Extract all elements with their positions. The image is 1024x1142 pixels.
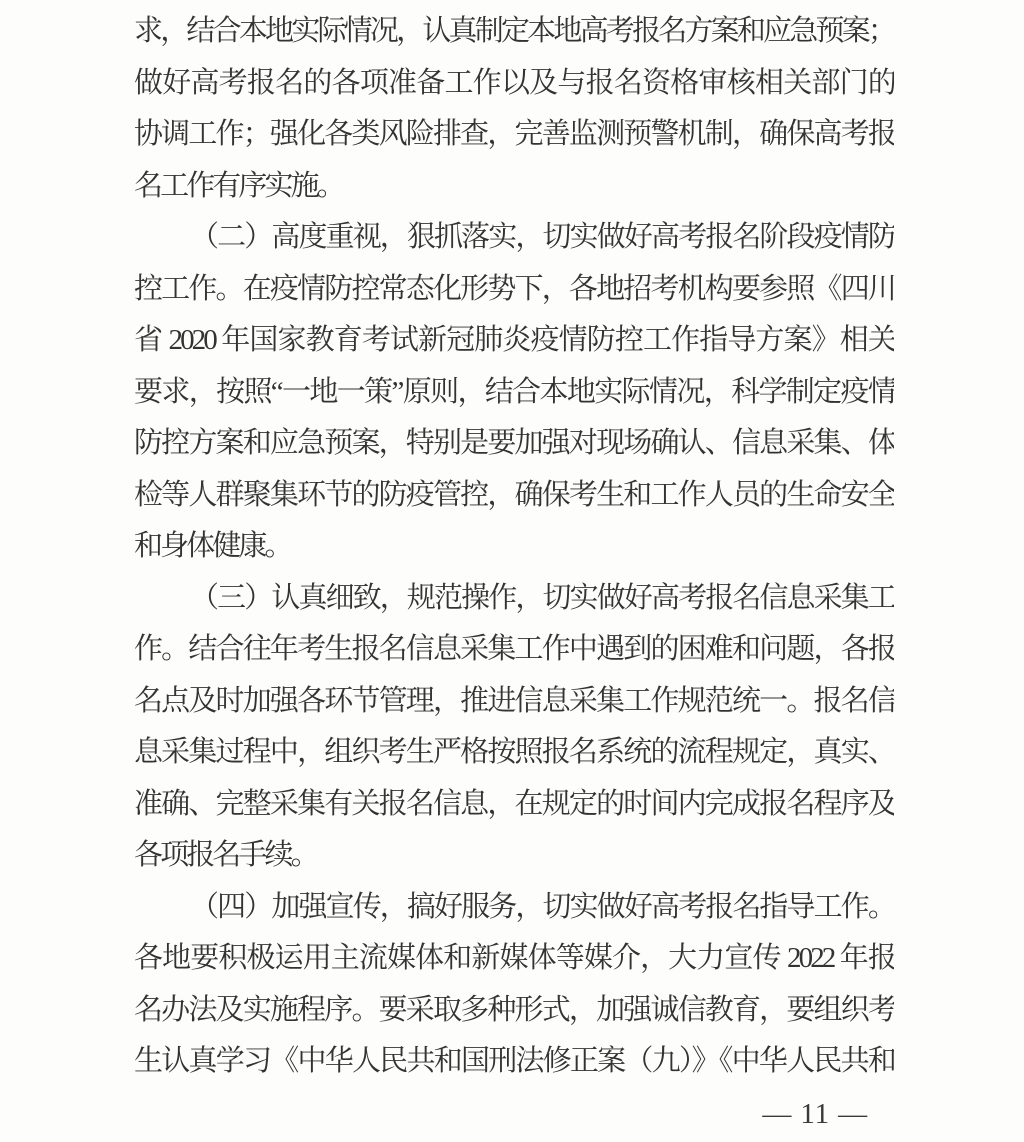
paragraph: （四）加强宣传，搞好服务，切实做好高考报名指导工作。各地要积极运用主流媒体和新媒…	[134, 882, 894, 1088]
text-line: 控工作。在疫情防控常态化形势下，各地招考机构要参照《四川	[134, 264, 894, 316]
text-line: 作。结合往年考生报名信息采集工作中遇到的困难和问题，各报	[134, 624, 894, 676]
paragraph: （二）高度重视，狠抓落实，切实做好高考报名阶段疫情防控工作。在疫情防控常态化形势…	[134, 212, 894, 573]
text-line: 求，结合本地实际情况，认真制定本地高考报名方案和应急预案；	[134, 6, 894, 58]
page-number: — 11 —	[762, 1098, 868, 1130]
text-line: 协调工作；强化各类风险排查，完善监测预警机制，确保高考报	[134, 109, 894, 161]
text-line: 生认真学习《中华人民共和国刑法修正案（九）》《中华人民共和	[134, 1036, 894, 1088]
text-line: 做好高考报名的各项准备工作以及与报名资格审核相关部门的	[134, 58, 894, 110]
text-line: 各项报名手续。	[134, 830, 894, 882]
text-line: （三）认真细致，规范操作，切实做好高考报名信息采集工	[134, 573, 894, 625]
text-line: 省 2020 年国家教育考试新冠肺炎疫情防控工作指导方案》相关	[134, 315, 894, 367]
document-body: 求，结合本地实际情况，认真制定本地高考报名方案和应急预案；做好高考报名的各项准备…	[134, 6, 894, 1088]
text-line: 各地要积极运用主流媒体和新媒体等媒介，大力宣传 2022 年报	[134, 933, 894, 985]
text-line: 准确、完整采集有关报名信息，在规定的时间内完成报名程序及	[134, 779, 894, 831]
text-line: 防控方案和应急预案，特别是要加强对现场确认、信息采集、体	[134, 418, 894, 470]
document-page: 求，结合本地实际情况，认真制定本地高考报名方案和应急预案；做好高考报名的各项准备…	[0, 0, 1024, 1142]
text-line: 要求，按照“一地一策”原则，结合本地实际情况，科学制定疫情	[134, 367, 894, 419]
page-number-row: — 11 —	[0, 1098, 1024, 1131]
text-line: 息采集过程中，组织考生严格按照报名系统的流程规定，真实、	[134, 727, 894, 779]
text-line: （四）加强宣传，搞好服务，切实做好高考报名指导工作。	[134, 882, 894, 934]
text-line: 和身体健康。	[134, 521, 894, 573]
text-line: （二）高度重视，狠抓落实，切实做好高考报名阶段疫情防	[134, 212, 894, 264]
text-line: 检等人群聚集环节的防疫管控，确保考生和工作人员的生命安全	[134, 470, 894, 522]
paragraph: （三）认真细致，规范操作，切实做好高考报名信息采集工作。结合往年考生报名信息采集…	[134, 573, 894, 882]
text-line: 名工作有序实施。	[134, 161, 894, 213]
text-line: 名办法及实施程序。要采取多种形式，加强诚信教育，要组织考	[134, 985, 894, 1037]
paragraph: 求，结合本地实际情况，认真制定本地高考报名方案和应急预案；做好高考报名的各项准备…	[134, 6, 894, 212]
text-line: 名点及时加强各环节管理，推进信息采集工作规范统一。报名信	[134, 676, 894, 728]
